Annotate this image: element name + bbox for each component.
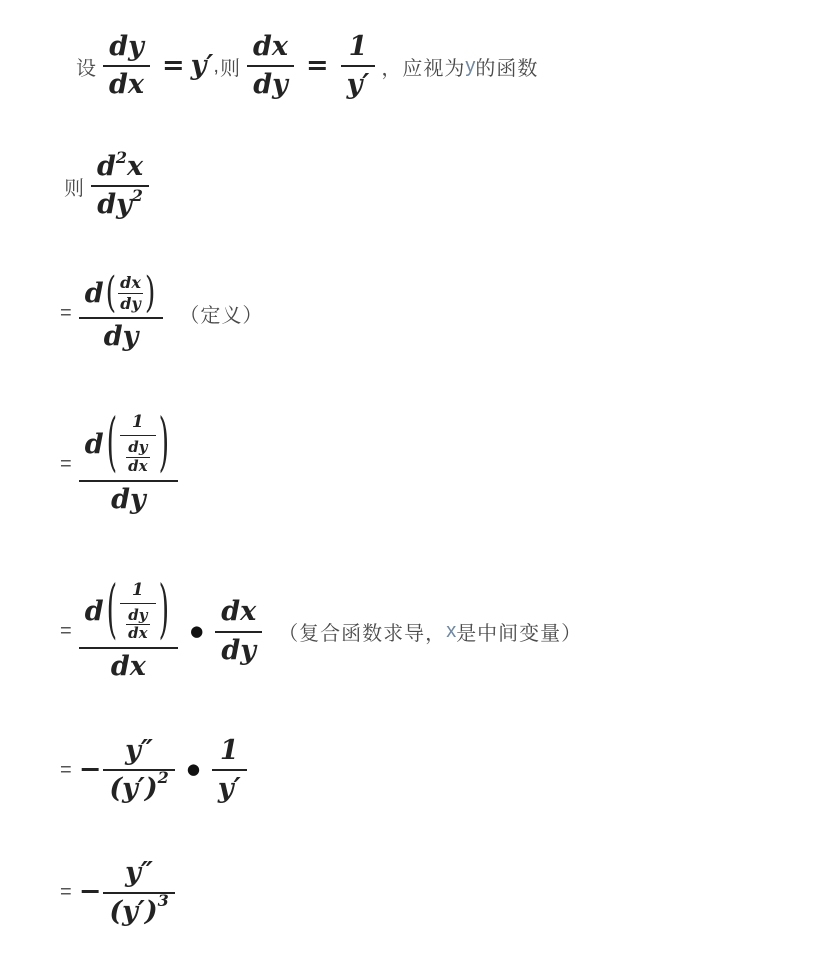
numerator: d ( 1 dy dx ) <box>79 413 178 476</box>
fraction-reciprocal-over-dy: d ( 1 dy dx ) dy <box>79 413 178 515</box>
numerator: d2x <box>91 152 149 182</box>
denominator: y′ <box>341 70 376 100</box>
denominator: dx <box>126 626 149 642</box>
letter-x: x <box>446 620 456 643</box>
left-paren: ( <box>106 272 117 316</box>
fraction-bar <box>215 631 262 633</box>
text-function-of: 的函数 <box>475 52 538 81</box>
denominator: dy <box>118 296 142 313</box>
denominator: dx <box>105 652 152 682</box>
fraction-reciprocal-over-dx: d ( 1 dy dx ) dx <box>79 581 178 683</box>
left-paren: ( <box>107 412 118 479</box>
equation-line-7: = − y″ (y′)3 <box>60 840 820 945</box>
fraction-bar <box>103 65 150 67</box>
equals-sign: = <box>60 620 73 643</box>
numerator: dx <box>247 32 294 62</box>
annotation-chain-rule-pre: （复合函数求导， <box>278 617 446 646</box>
dy-symbol: dy <box>97 191 132 219</box>
denominator: (y′)2 <box>103 774 175 804</box>
multiplication-dot: ● <box>187 762 200 778</box>
denominator: dy <box>105 485 152 515</box>
fraction-bar <box>212 769 247 771</box>
numerator: y″ <box>119 858 159 888</box>
text-ze: 则 <box>64 172 85 201</box>
equals-sign: = <box>60 881 73 904</box>
numerator: dy <box>103 32 150 62</box>
numerator: dy <box>126 440 149 456</box>
right-paren: ) <box>159 579 170 646</box>
equation-line-6: = − y″ (y′)2 ● 1 y′ <box>60 720 820 820</box>
fraction-1-yprime: 1 y′ <box>341 32 376 101</box>
equals-sign: = <box>60 453 73 476</box>
d-symbol: d <box>85 598 104 626</box>
denominator: y′ <box>212 774 247 804</box>
annotation-chain-rule-post: 是中间变量） <box>456 617 582 646</box>
numerator: 1 <box>343 32 374 62</box>
annotation-definition: （定义） <box>179 299 263 328</box>
equation-line-1: 设 dy dx = y′ , 则 dx dy = 1 y′ ， 应视为 y 的函… <box>76 26 820 106</box>
equals-sign: = <box>60 302 73 325</box>
denominator: dy <box>98 322 145 352</box>
nested-fraction-dx-dy: dx dy <box>118 275 143 314</box>
fraction-bar <box>247 65 294 67</box>
x-symbol: x <box>127 153 143 181</box>
denominator: dx <box>126 459 149 475</box>
nested-fraction-dy-dx: dy dx <box>126 608 149 643</box>
fraction-bar <box>341 65 376 67</box>
numerator: 1 <box>214 736 245 766</box>
fraction-bar <box>120 603 155 604</box>
fraction-definition: d ( dx dy ) dy <box>79 274 164 353</box>
left-paren: ( <box>107 579 118 646</box>
fullwidth-comma: ， <box>381 52 402 81</box>
denominator: dy <box>247 70 294 100</box>
denominator: dy dx <box>120 607 155 644</box>
text-should-view: 应视为 <box>402 52 465 81</box>
d-symbol: d <box>97 153 116 181</box>
numerator: dx <box>118 275 143 292</box>
numerator-one: 1 <box>130 414 146 432</box>
yprime-parenthesized: (y′) <box>109 775 157 803</box>
nested-fraction-one-over: 1 dy dx <box>120 582 155 643</box>
fraction-dx-dy: dx dy <box>215 597 262 666</box>
yprime-parenthesized: (y′) <box>109 898 157 926</box>
equation-line-4: = d ( 1 dy dx ) <box>60 389 820 539</box>
right-paren: ) <box>159 412 170 479</box>
fraction-dx-dy: dx dy <box>247 32 294 101</box>
y-prime: y′ <box>191 52 214 80</box>
numerator: dy <box>126 608 149 624</box>
fraction-bar <box>79 647 178 649</box>
denominator: dx <box>103 70 150 100</box>
equals-sign: = <box>306 52 329 80</box>
denominator: (y′)3 <box>103 897 175 927</box>
nested-fraction-one-over: 1 dy dx <box>120 414 155 475</box>
fraction-d2x-dy2: d2x dy2 <box>91 152 149 221</box>
d-symbol: d <box>85 280 104 308</box>
d-symbol: d <box>85 431 104 459</box>
letter-y: y <box>465 55 475 78</box>
equals-sign: = <box>162 52 185 80</box>
minus-sign: − <box>79 878 102 906</box>
fraction-dy-dx: dy dx <box>103 32 150 101</box>
equals-sign: = <box>60 759 73 782</box>
denominator: dy dx <box>120 439 155 476</box>
numerator: d ( dx dy ) <box>79 274 164 315</box>
math-notes-page: 设 dy dx = y′ , 则 dx dy = 1 y′ ， 应视为 y 的函… <box>0 0 820 945</box>
fraction-ydd-over-yprime-cubed: y″ (y′)3 <box>103 858 175 927</box>
fraction-1-yprime: 1 y′ <box>212 736 247 805</box>
fraction-bar <box>79 317 164 319</box>
fraction-bar <box>120 435 155 436</box>
equation-line-2: 则 d2x dy2 <box>64 136 820 236</box>
text-she: 设 <box>76 52 97 81</box>
denominator: dy <box>215 636 262 666</box>
numerator-one: 1 <box>130 582 146 600</box>
fraction-ydd-over-yprime-squared: y″ (y′)2 <box>103 736 175 805</box>
numerator: dx <box>215 597 262 627</box>
right-paren: ) <box>145 272 156 316</box>
nested-fraction-dy-dx: dy dx <box>126 440 149 475</box>
multiplication-dot: ● <box>190 624 203 640</box>
numerator: y″ <box>119 736 159 766</box>
denominator: dy2 <box>91 190 149 220</box>
equation-line-5: = d ( 1 dy dx ) <box>60 553 820 710</box>
numerator: d ( 1 dy dx ) <box>79 581 178 644</box>
minus-sign: − <box>79 756 102 784</box>
equation-line-3: = d ( dx dy ) dy （定义） <box>60 261 820 365</box>
text-ze: 则 <box>220 52 241 81</box>
